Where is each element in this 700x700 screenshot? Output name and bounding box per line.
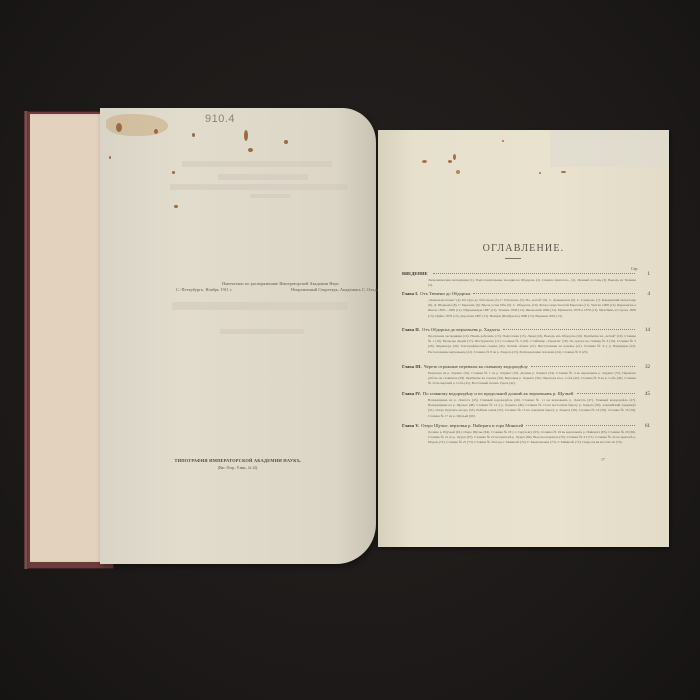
library-shelfmark: 910.4 bbox=[205, 113, 235, 125]
printer-address: (Вас. Остр., 9 лин., № 12). bbox=[100, 466, 376, 470]
toc-title: ОГЛАВЛЕНИЕ. bbox=[378, 243, 669, 254]
censor-date-place: С.-Петербургъ, Ноябрь 1911 г. bbox=[176, 287, 233, 292]
leader-dots bbox=[473, 293, 635, 294]
entry-label: Глава III. bbox=[402, 364, 422, 370]
toc-entry-chapter-3: Глава III.Черезъ отрожные перевалы къ гл… bbox=[402, 364, 650, 387]
endpaper bbox=[30, 114, 110, 562]
toc-entry-chapter-5: Глава V.Озеро Щучье, верховья р. Пайерат… bbox=[402, 423, 650, 446]
foxing-spot bbox=[502, 140, 504, 142]
foxing-spot bbox=[561, 171, 566, 173]
foxing-spot bbox=[284, 140, 288, 144]
entry-description: Программа экспедиции (14). Наемъ рабочих… bbox=[402, 334, 650, 355]
entry-page: 32 bbox=[638, 365, 650, 371]
leader-dots bbox=[503, 329, 635, 330]
left-page bbox=[100, 108, 376, 564]
foxing-spot bbox=[448, 160, 452, 163]
entry-description: Возвращение на р. Лонготъ (45). Главный … bbox=[402, 398, 650, 419]
foxing-spot bbox=[116, 123, 122, 132]
foxing-spot bbox=[154, 129, 158, 134]
entry-label: Глава V. bbox=[402, 423, 419, 429]
print-through bbox=[250, 194, 290, 198]
paper-tone-patch bbox=[550, 130, 669, 167]
foxing-spot bbox=[109, 156, 111, 159]
book-cover-edge bbox=[24, 111, 28, 569]
title-rule bbox=[505, 258, 521, 259]
print-through bbox=[172, 302, 348, 310]
foxing-spot bbox=[172, 171, 175, 174]
foxing-spot bbox=[422, 160, 427, 163]
entry-title: Озеро Щучье, верховья р. Пайерата и гора… bbox=[421, 423, 523, 429]
censor-approval-line: Напечатано по распоряжению Императорской… bbox=[222, 281, 340, 286]
leader-dots bbox=[577, 393, 635, 394]
entry-page: 61 bbox=[638, 424, 650, 430]
entry-title: Черезъ отрожные перевалы къ главному вод… bbox=[424, 364, 528, 370]
print-through bbox=[182, 161, 332, 167]
leader-dots bbox=[526, 425, 635, 426]
foxing-spot bbox=[248, 148, 253, 152]
foxing-spot bbox=[539, 172, 541, 174]
entry-description: „Тюмельзаготовка" (4). Из Тура до Тоболь… bbox=[402, 298, 650, 319]
foxing-spot bbox=[192, 133, 195, 137]
entry-title: Отъ Обдорска до верховьевъ р. Хадыты bbox=[422, 327, 500, 333]
leader-dots bbox=[433, 273, 635, 274]
toc-entry-chapter-1: Глава I.Отъ Тюмени до Обдорска4 „Тюмельз… bbox=[402, 291, 650, 319]
signature-mark: 1* bbox=[601, 457, 605, 462]
print-through bbox=[220, 329, 304, 334]
foxing-spot bbox=[174, 205, 178, 208]
entry-label: ВВЕДЕНИЕ bbox=[402, 271, 428, 277]
entry-page: 14 bbox=[638, 328, 650, 334]
print-through bbox=[170, 184, 348, 190]
entry-description: Переходъ на р. Харвют (32). Стоянка № 1 … bbox=[402, 371, 650, 387]
printer-imprint: ТИПОГРАФИЯ ИМПЕРАТОРСКОЙ АКАДЕМИИ НАУКЪ. bbox=[100, 458, 376, 463]
entry-page: 45 bbox=[638, 392, 650, 398]
entry-description: Экономическия экспедиции (1). Подготовит… bbox=[402, 278, 650, 288]
leader-dots bbox=[531, 366, 635, 367]
entry-title: Отъ Тюмени до Обдорска bbox=[420, 291, 470, 297]
entry-title: По главному водораздѣлу и по продольной … bbox=[423, 391, 574, 397]
print-through bbox=[218, 174, 308, 180]
toc-entry-chapter-4: Глава IV.По главному водораздѣлу и по пр… bbox=[402, 391, 650, 419]
entry-page: 1 bbox=[638, 272, 650, 278]
entry-label: Глава II. bbox=[402, 327, 420, 333]
entry-page: 4 bbox=[638, 292, 650, 298]
foxing-spot bbox=[244, 130, 248, 141]
toc-entry-chapter-2: Глава II.Отъ Обдорска до верховьевъ р. Х… bbox=[402, 327, 650, 355]
entry-label: Глава IV. bbox=[402, 391, 421, 397]
toc-entry-introduction: ВВЕДЕНИЕ1 Экономическия экспедиции (1). … bbox=[402, 271, 650, 288]
right-page-table-of-contents: ОГЛАВЛЕНИЕ. Стр. ВВЕДЕНИЕ1 Экономическия… bbox=[378, 130, 669, 547]
entry-description: Долина р. Щучьей (61). Озеро Щучье (64).… bbox=[402, 430, 650, 446]
foxing-spot bbox=[456, 170, 460, 174]
entry-label: Глава I. bbox=[402, 291, 418, 297]
foxing-spot bbox=[453, 154, 456, 160]
